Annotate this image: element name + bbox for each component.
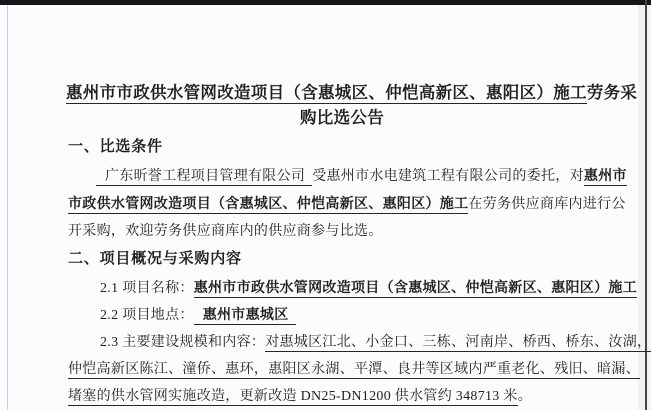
project-name-part2: 市政供水管网改造项目（含惠城区、仲恺高新区、惠阳区）施工: [68, 197, 468, 214]
title-project-name: 惠州市市政供水管网改造项目（含惠城区、仲恺高新区、惠阳区）施工: [66, 83, 587, 104]
sentence-period: 。: [518, 389, 532, 404]
scan-left-edge-shadow: [7, 5, 8, 410]
document-title-line2: 购比选公告: [66, 107, 618, 128]
entrust-text: 受惠州市水电建筑工程有限公司的委托，对: [312, 169, 584, 184]
section1-paragraph-line2: 市政供水管网改造项目（含惠城区、仲恺高新区、惠阳区）施工在劳务供应商库内进行公: [68, 195, 626, 214]
agency-name: 广东昕誉工程项目管理有限公司: [96, 169, 312, 186]
section2-heading: 二、项目概况与采购内容: [68, 250, 242, 269]
item-2-3-label: 2.3 主要建设规模和内容：: [100, 335, 265, 350]
item-2-1-project-name: 2.1 项目名称：惠州市市政供水管网改造项目（含惠城区、仲恺高新区、惠阳区）施工: [100, 279, 637, 298]
project-name-part1: 惠州市: [584, 169, 627, 186]
title-suffix-end: 购比选公告: [300, 108, 384, 127]
item-2-1-label: 2.1 项目名称：: [100, 281, 194, 296]
item-2-3-value-line1: 对惠城区江北、小金口、三栋、河南岸、桥西、桥东、汝湖，: [265, 335, 651, 352]
item-2-1-value: 惠州市市政供水管网改造项目（含惠城区、仲恺高新区、惠阳区）施工: [194, 281, 637, 298]
section1-heading: 一、比选条件: [68, 138, 163, 157]
item-2-3-value-line3: 堵塞的供水管网实施改造，更新改造 DN25-DN1200 供水管约 348713…: [68, 389, 518, 406]
procurement-text-line2: 在劳务供应商库内进行公: [468, 197, 625, 212]
item-2-2-label: 2.2 项目地点：: [100, 308, 194, 323]
item-2-3-value-line2: 仲恺高新区陈江、潼侨、惠环，惠阳区永湖、平潭、良井等区域内严重老化、残旧、暗漏、: [68, 362, 640, 379]
item-2-3-scope-line2: 仲恺高新区陈江、潼侨、惠环，惠阳区永湖、平潭、良井等区域内严重老化、残旧、暗漏、: [68, 360, 640, 379]
scan-top-border: [0, 0, 651, 5]
scanned-document-page: 惠州市市政供水管网改造项目（含惠城区、仲恺高新区、惠阳区）施工劳务采 购比选公告…: [0, 0, 651, 410]
title-suffix-start: 劳务采: [587, 83, 637, 102]
item-2-2-value: 惠州市惠城区: [194, 308, 296, 325]
item-2-2-project-location: 2.2 项目地点：惠州市惠城区: [100, 306, 296, 325]
section1-paragraph-line3: 开采购，欢迎劳务供应商库内的供应商参与比选。: [68, 222, 383, 241]
document-title-line1: 惠州市市政供水管网改造项目（含惠城区、仲恺高新区、惠阳区）施工劳务采: [66, 82, 618, 103]
item-2-3-scope-line1: 2.3 主要建设规模和内容：对惠城区江北、小金口、三栋、河南岸、桥西、桥东、汝湖…: [100, 333, 651, 352]
procurement-text-line3: 开采购，欢迎劳务供应商库内的供应商参与比选。: [68, 224, 383, 239]
item-2-3-scope-line3: 堵塞的供水管网实施改造，更新改造 DN25-DN1200 供水管约 348713…: [68, 387, 532, 406]
section1-paragraph-line1: 广东昕誉工程项目管理有限公司受惠州市水电建筑工程有限公司的委托，对惠州市: [96, 167, 627, 186]
